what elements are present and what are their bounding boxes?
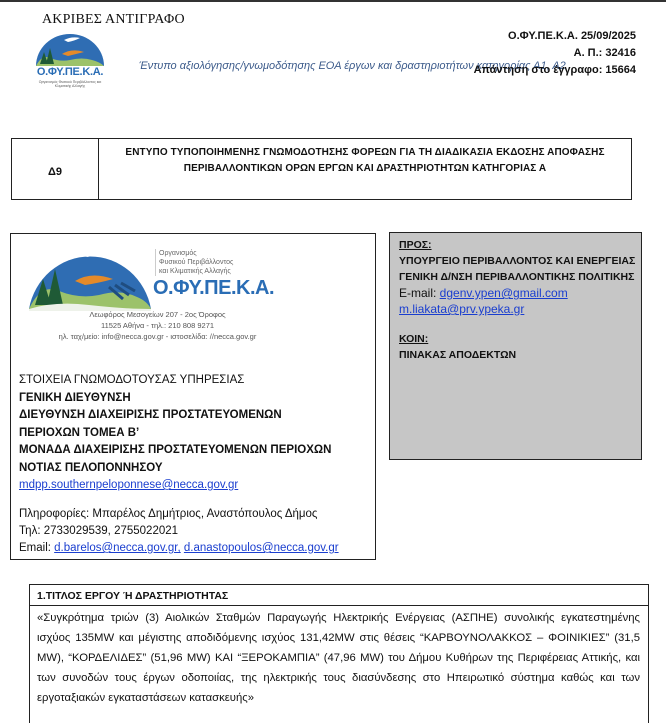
- to-directorate: ΓΕΝΙΚΗ Δ/ΝΣΗ ΠΕΡΙΒΑΛΛΟΝΤΙΚΗΣ ΠΟΛΙΤΙΚΗΣ: [399, 269, 641, 285]
- to-ministry: ΥΠΟΥΡΓΕΙΟ ΠΕΡΙΒΑΛΛΟΝΤΟΣ ΚΑΙ ΕΝΕΡΓΕΙΑΣ: [399, 253, 641, 269]
- contact-emails: Email: d.barelos@necca.gov.gr, d.anastop…: [19, 540, 339, 557]
- authority-line: ΔΙΕΥΘΥΝΣΗ ΔΙΑΧΕΙΡΙΣΗΣ ΠΡΟΣΤΑΤΕΥΟΜΕΝΩΝ: [19, 407, 331, 425]
- logo-brand-text: Ο.ΦΥ.ΠΕ.Κ.Α.: [32, 66, 108, 78]
- form-title: ΕΝΤΥΠΟ ΤΥΠΟΠΟΙΗΜΕΝΗΣ ΓΝΩΜΟΔΟΤΗΣΗΣ ΦΟΡΕΩΝ…: [99, 139, 631, 199]
- logo-brand-text: Ο.ΦΥ.ΠΕ.Κ.Α.: [153, 277, 274, 300]
- email-link-anastopoulos[interactable]: d.anastopoulos@necca.gov.gr: [184, 542, 339, 554]
- authority-line: ΝΟΤΙΑΣ ΠΕΛΟΠΟΝΝΗΣΟΥ: [19, 460, 331, 478]
- cc-recipients: ΠΙΝΑΚΑΣ ΑΠΟΔΕΚΤΩΝ: [399, 347, 641, 363]
- unit-email-link[interactable]: mdpp.southernpeloponnese@necca.gov.gr: [19, 479, 238, 491]
- form-title-line1: ΕΝΤΥΠΟ ΤΥΠΟΠΟΙΗΜΕΝΗΣ ΓΝΩΜΟΔΟΤΗΣΗΣ ΦΟΡΕΩΝ…: [99, 145, 631, 161]
- section-project-title: 1.ΤΙΤΛΟΣ ΕΡΓΟΥ Ή ΔΡΑΣΤΗΡΙΟΤΗΤΑΣ «Συγκρότ…: [29, 584, 649, 723]
- contact-phone: Τηλ: 2733029539, 2755022021: [19, 523, 339, 540]
- recipients-box: ΠΡΟΣ: ΥΠΟΥΡΓΕΙΟ ΠΕΡΙΒΑΛΛΟΝΤΟΣ ΚΑΙ ΕΝΕΡΓΕ…: [389, 232, 642, 460]
- issuing-authority: ΣΤΟΙΧΕΙΑ ΓΝΩΜΟΔΟΤΟΥΣΑΣ ΥΠΗΡΕΣΙΑΣ ΓΕΝΙΚΗ …: [19, 372, 331, 495]
- section-heading: 1.ΤΙΤΛΟΣ ΕΡΓΟΥ Ή ΔΡΑΣΤΗΡΙΟΤΗΤΑΣ: [30, 585, 648, 606]
- logo-org-name: Οργανισμός Φυσικού Περιβάλλοντος και Κλι…: [155, 249, 233, 276]
- to-label: ΠΡΟΣ:: [399, 237, 641, 253]
- authority-line: ΜΟΝΑΔΑ ΔΙΑΧΕΙΡΙΣΗΣ ΠΡΟΣΤΑΤΕΥΟΜΕΝΩΝ ΠΕΡΙΟ…: [19, 442, 331, 460]
- form-code: Δ9: [12, 139, 99, 199]
- form-header-box: Δ9 ΕΝΤΥΠΟ ΤΥΠΟΠΟΙΗΜΕΝΗΣ ΓΝΩΜΟΔΟΤΗΣΗΣ ΦΟΡ…: [11, 138, 632, 200]
- email-link-barelos[interactable]: d.barelos@necca.gov.gr,: [54, 542, 181, 554]
- nature-emblem-icon: [32, 32, 108, 68]
- contact-info: Πληροφορίες: Μπαρέλος Δημήτριος, Αναστόπ…: [19, 506, 339, 557]
- ref-protocol-number: Α. Π.: 32416: [474, 45, 636, 62]
- issuing-authority-label: ΣΤΟΙΧΕΙΑ ΓΝΩΜΟΔΟΤΟΥΣΑΣ ΥΠΗΡΕΣΙΑΣ: [19, 372, 331, 390]
- ref-org-date: Ο.ΦΥ.ΠΕ.Κ.Α. 25/09/2025: [474, 28, 636, 45]
- email-link-dgenv[interactable]: dgenv.ypen@gmail.com: [440, 286, 568, 300]
- necca-letterhead-logo: Οργανισμός Φυσικού Περιβάλλοντος και Κλι…: [25, 239, 290, 359]
- authority-line: ΓΕΝΙΚΗ ΔΙΕΥΘΥΝΣΗ: [19, 390, 331, 408]
- recipient-emails: E-mail: dgenv.ypen@gmail.com: [399, 285, 641, 301]
- letterhead-address: Λεωφόρος Μεσογείων 207 - 2ος Όροφος 1152…: [25, 309, 290, 342]
- form-title-line2: ΠΕΡΙΒΑΛΛΟΝΤΙΚΩΝ ΟΡΩΝ ΕΡΓΩΝ ΚΑΙ ΔΡΑΣΤΗΡΙΟ…: [99, 161, 631, 177]
- page-top-border: [0, 0, 666, 2]
- contact-persons: Πληροφορίες: Μπαρέλος Δημήτριος, Αναστόπ…: [19, 506, 339, 523]
- email-link-liakata[interactable]: m.liakata@prv.ypeka.gr: [399, 302, 524, 316]
- logo-subtitle-text: Οργανισμός Φυσικού Περιβάλλοντος και Κλι…: [32, 80, 108, 88]
- ref-reply-to-document: Απάντηση στο έγγραφο: 15664: [474, 62, 636, 79]
- nature-emblem-icon: [25, 239, 155, 311]
- necca-logo-small: Ο.ΦΥ.ΠΕ.Κ.Α. Οργανισμός Φυσικού Περιβάλλ…: [32, 32, 108, 96]
- project-title-text: «Συγκρότημα τριών (3) Αιολικών Σταθμών Π…: [30, 606, 648, 708]
- cc-label: ΚΟΙΝ:: [399, 331, 641, 347]
- reference-block: Ο.ΦΥ.ΠΕ.Κ.Α. 25/09/2025 Α. Π.: 32416 Απά…: [474, 28, 636, 79]
- certified-copy-stamp: ΑΚΡΙΒΕΣ ΑΝΤΙΓΡΑΦΟ: [42, 12, 185, 28]
- sender-details-box: Οργανισμός Φυσικού Περιβάλλοντος και Κλι…: [10, 233, 376, 560]
- authority-line: ΠΕΡΙΟΧΩΝ ΤΟΜΕΑ Β’: [19, 425, 331, 443]
